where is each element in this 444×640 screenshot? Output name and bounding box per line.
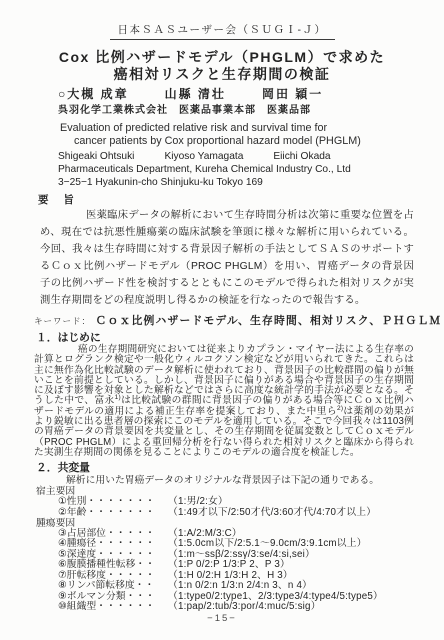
paper-title-line2: 癌相対リスクと生存期間の検証: [0, 66, 444, 83]
paper-title-line1: Cox 比例ハザードモデル（PHGLM）で求めた: [0, 49, 444, 66]
author-en-2: Kiyoso Yamagata: [164, 151, 243, 163]
section2-heading: ２．共変量: [36, 462, 444, 474]
keywords-value: Ｃｏｘ比例ハザードモデル、生存時間、相対リスク、ＰＨＧＬＭ: [95, 315, 441, 327]
document-page: 日本ＳＡＳユーザー会（ＳＵＧＩ-Ｊ） Cox 比例ハザードモデル（PHGLM）で…: [0, 0, 444, 640]
covariate-item-age: ②年齢・・・・・・・ （1:49才以下/2:50才代/3:60才代/4:70才以…: [58, 508, 444, 518]
covariate-name: ②年齢・・・・・・・: [58, 508, 168, 518]
english-title-line2: cancer patients by Cox proportional haza…: [74, 135, 444, 148]
author-jp-1: ○大槻 成章: [58, 87, 129, 102]
section1-body: 癌の生存期間研究においては従来よりカプラン・マイヤー法による生存率の計算とログラ…: [34, 345, 414, 458]
paper-title: Cox 比例ハザードモデル（PHGLM）で求めた 癌相対リスクと生存期間の検証: [0, 49, 444, 82]
author-jp-2: 山縣 清壮: [165, 87, 226, 102]
author-en-1: Shigeaki Ohtsuki: [58, 151, 134, 163]
abstract-body: 医薬臨床データの解析において生存時間分析は次第に重要な位置を占め、現在では抗悪性…: [40, 207, 414, 309]
affiliation-en-line1: Pharmaceuticals Department, Kureha Chemi…: [58, 164, 444, 176]
authors-jp: ○大槻 成章 山縣 清壮 岡田 穎一: [58, 87, 444, 102]
covariate-name: ⑩組織型・・・・・・: [58, 602, 168, 612]
abstract-label: 要 旨: [38, 194, 444, 206]
author-jp-3: 岡田 穎一: [262, 87, 323, 102]
covariate-item-lymph: ⑧リンパ節転移度・・ （1:n 0/2:n 1/3:n 2/4:n 3、n 4）: [58, 581, 444, 591]
keywords-line: キーワード： Ｃｏｘ比例ハザードモデル、生存時間、相対リスク、ＰＨＧＬＭ: [34, 313, 444, 328]
english-title-line1: Evaluation of predicted relative risk an…: [60, 122, 444, 135]
covariate-value: （1:n 0/2:n 1/3:n 2/4:n 3、n 4）: [168, 581, 312, 591]
affiliation-en-line2: 3−25−1 Hyakunin-cho Shinjuku-ku Tokyo 16…: [58, 177, 444, 189]
page-number: −15−: [0, 613, 444, 624]
authors-en: Shigeaki Ohtsuki Kiyoso Yamagata Eiichi …: [58, 151, 444, 163]
society-header: 日本ＳＡＳユーザー会（ＳＵＧＩ-Ｊ）: [110, 22, 335, 40]
covariate-item-histology: ⑩組織型・・・・・・ （1:pap/2:tub/3:por/4:muc/5:si…: [58, 602, 444, 612]
covariate-value: （1:pap/2:tub/3:por/4:muc/5:sig）: [168, 602, 321, 612]
english-title: Evaluation of predicted relative risk an…: [60, 122, 444, 148]
keywords-label: キーワード：: [34, 316, 91, 326]
affiliation-jp: 呉羽化学工業株式会社 医薬品事業本部 医薬品部: [58, 105, 444, 117]
covariate-value: （1:49才以下/2:50才代/3:60才代/4:70才以上）: [168, 508, 376, 518]
covariate-name: ⑧リンパ節転移度・・: [58, 581, 168, 591]
author-en-3: Eiichi Okada: [273, 151, 330, 163]
section2-intro: 解析に用いた胃癌データのオリジナルな背景因子は下記の通りである。: [66, 475, 444, 486]
section1-heading: １．はじめに: [36, 332, 444, 344]
